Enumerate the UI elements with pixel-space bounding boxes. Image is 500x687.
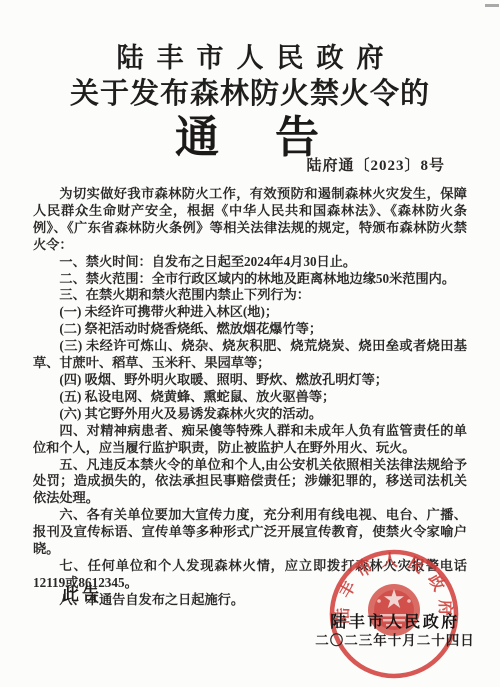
body-paragraph-ban-list-heading: 三、在禁火期和禁火范围内禁止下列行为：	[33, 287, 467, 304]
body-paragraph-ban-item-1: (一) 未经许可携带火种进入林区(地)；	[33, 304, 467, 321]
body-paragraph-intro: 为切实做好我市森林防火工作，有效预防和遏制森林火灾发生，保障人民群众生命财产安全…	[33, 186, 467, 254]
body-paragraph-ban-item-6: (六) 其它野外用火及易诱发森林火灾的活动。	[33, 406, 467, 423]
scan-artifact-mark	[485, 4, 499, 7]
document-number: 陆府通〔2023〕8号	[306, 154, 445, 175]
body-paragraph-ban-time: 一、禁火时间：自发布之日起至2024年4月30日止。	[33, 254, 467, 271]
body-paragraph-ban-item-4: (四) 吸烟、野外明火取暖、照明、野炊、燃放孔明灯等；	[33, 372, 467, 389]
closing-phrase: 此告	[62, 580, 102, 605]
notice-document: 陆丰市人民政府 关于发布森林防火禁火令的 通 告 陆府通〔2023〕8号 为切实…	[0, 0, 500, 687]
issuer-title: 陆丰市人民政府	[0, 36, 500, 75]
body-paragraph-ban-area: 二、禁火范围：全市行政区域内的林地及距离林地边缘50米范围内。	[33, 271, 467, 288]
body-paragraph-guardianship: 四、对精神病患者、痴呆傻等特殊人群和未成年人负有监管责任的单位和个人，应当履行监…	[33, 423, 467, 457]
body-paragraph-penalty: 五、凡违反本禁火令的单位和个人,由公安机关依照相关法律法规给予处罚；造成损失的，…	[33, 457, 467, 508]
body-paragraph-ban-item-5: (五) 私设电网、烧黄蜂、熏蛇鼠、放火驱兽等；	[33, 389, 467, 406]
body-paragraph-ban-item-3: (三) 未经许可炼山、烧杂、烧灰积肥、烧荒烧炭、烧田垒或者烧田基草、甘蔗叶、稻草…	[33, 338, 467, 372]
body-paragraph-ban-item-2: (二) 祭祀活动时烧香烧纸、燃放烟花爆竹等；	[33, 321, 467, 338]
signature-date: 二〇二三年十月二十四日	[313, 629, 477, 649]
